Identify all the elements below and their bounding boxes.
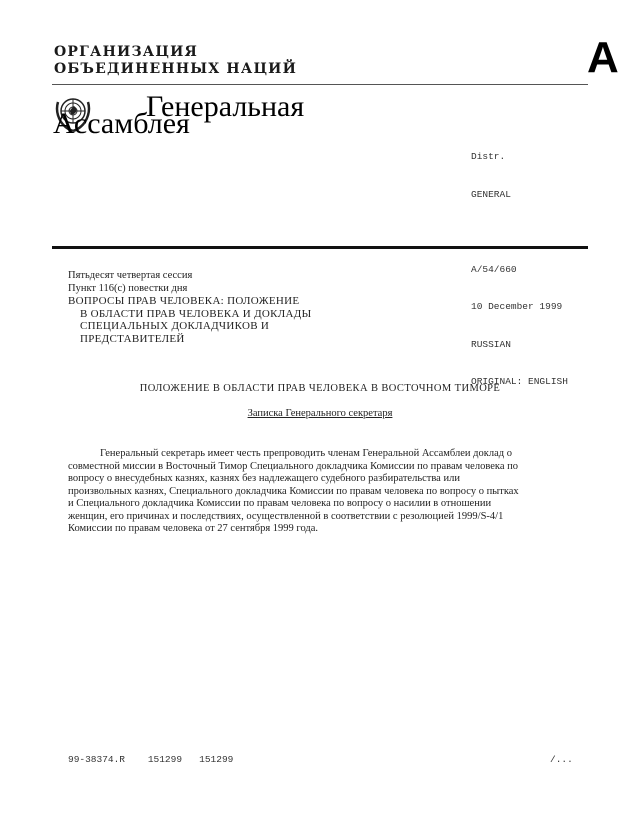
body-line: женщин, его причинах и последствиях, осу… [68, 511, 578, 524]
body-line: произвольных казнях, Специального доклад… [68, 486, 578, 499]
date-code: 151299 [199, 754, 233, 765]
masthead-divider [52, 246, 588, 249]
series-letter: A [587, 34, 619, 82]
agenda-title-line: В ОБЛАСТИ ПРАВ ЧЕЛОВЕКА И ДОКЛАДЫ [68, 308, 311, 321]
body-line: совместной миссии в Восточный Тимор Спец… [68, 461, 578, 474]
agenda-title-line: СПЕЦИАЛЬНЫХ ДОКЛАДЧИКОВ И [68, 320, 311, 333]
agenda-title-line: ВОПРОСЫ ПРАВ ЧЕЛОВЕКА: ПОЛОЖЕНИЕ [68, 295, 311, 308]
session-label: Пятьдесят четвертая сессия [68, 270, 311, 283]
footer-job-info: 99-38374.R 151299 151299 [68, 754, 233, 765]
distribution-value: GENERAL [471, 189, 568, 202]
general-assembly-title-line2: Ассамблея [53, 109, 190, 139]
continuation-marker: /... [550, 754, 573, 765]
organization-name: ОРГАНИЗАЦИЯ ОБЪЕДИНЕННЫХ НАЦИЙ [54, 44, 297, 78]
document-symbol-block: Distr. GENERAL A/54/660 10 December 1999… [471, 126, 568, 401]
document-language: RUSSIAN [471, 339, 568, 352]
body-paragraph: Генеральный секретарь имеет честь препро… [68, 448, 578, 536]
body-line: Генеральный секретарь имеет честь препро… [68, 448, 578, 461]
document-subtitle-text: Записка Генерального секретаря [248, 408, 393, 419]
document-subtitle: Записка Генерального секретаря [0, 408, 640, 419]
agenda-block: Пятьдесят четвертая сессия Пункт 116(c) … [68, 270, 311, 345]
body-line: и Специального докладчика Комиссии по пр… [68, 498, 578, 511]
document-date: 10 December 1999 [471, 301, 568, 314]
body-line: Комиссии по правам человека от 27 сентяб… [68, 523, 578, 536]
agenda-item: Пункт 116(c) повестки дня [68, 283, 311, 296]
document-symbol: A/54/660 [471, 264, 568, 277]
agenda-title-line: ПРЕДСТАВИТЕЛЕЙ [68, 333, 311, 346]
body-line: вопросу о внесудебных казнях, казнях без… [68, 473, 578, 486]
distribution-label: Distr. [471, 151, 568, 164]
job-number: 99-38374.R [68, 754, 125, 765]
organization-name-line1: ОРГАНИЗАЦИЯ [54, 44, 297, 61]
document-title: ПОЛОЖЕНИЕ В ОБЛАСТИ ПРАВ ЧЕЛОВЕКА В ВОСТ… [0, 383, 640, 394]
header-divider [52, 84, 588, 85]
organization-name-line2: ОБЪЕДИНЕННЫХ НАЦИЙ [54, 61, 297, 78]
date-code: 151299 [148, 754, 182, 765]
